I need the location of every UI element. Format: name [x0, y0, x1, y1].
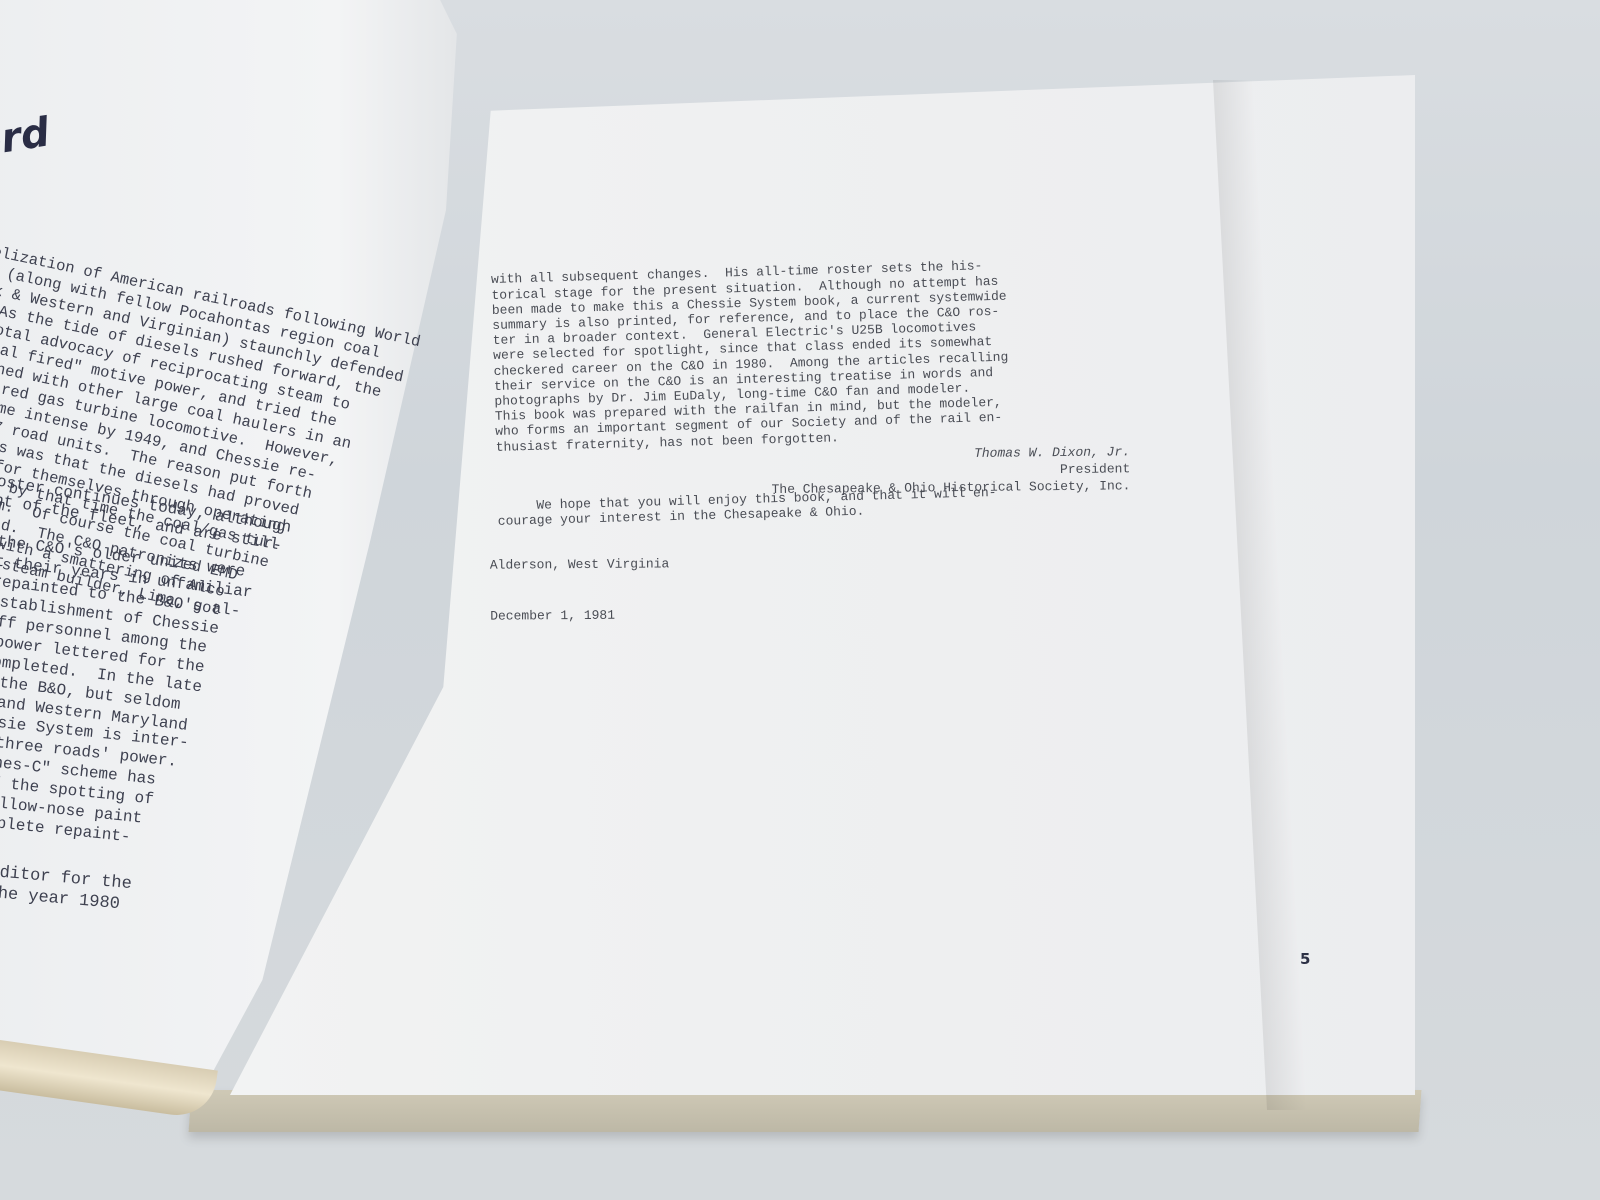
- page-number: 5: [1300, 950, 1310, 968]
- signature-block: Thomas W. Dixon, Jr. President The Chesa…: [490, 443, 1130, 501]
- photo-scene: eword dieselization of American railroad…: [0, 0, 1600, 1200]
- place-text: Alderson, West Virginia: [490, 555, 670, 573]
- right-page-body: with all subsequent changes. His all-tim…: [490, 224, 1139, 560]
- left-paragraph-4: hessie System is inter- he three roads' …: [0, 710, 190, 872]
- left-paragraph-3: of the C&O's older units were out their …: [0, 528, 256, 742]
- place-date-block: Alderson, West Virginia December 1, 1981: [490, 521, 670, 658]
- right-paragraph-1: with all subsequent changes. His all-tim…: [491, 255, 1136, 455]
- date-text: December 1, 1981: [490, 606, 670, 624]
- book-page-block-edge: [189, 1090, 1422, 1132]
